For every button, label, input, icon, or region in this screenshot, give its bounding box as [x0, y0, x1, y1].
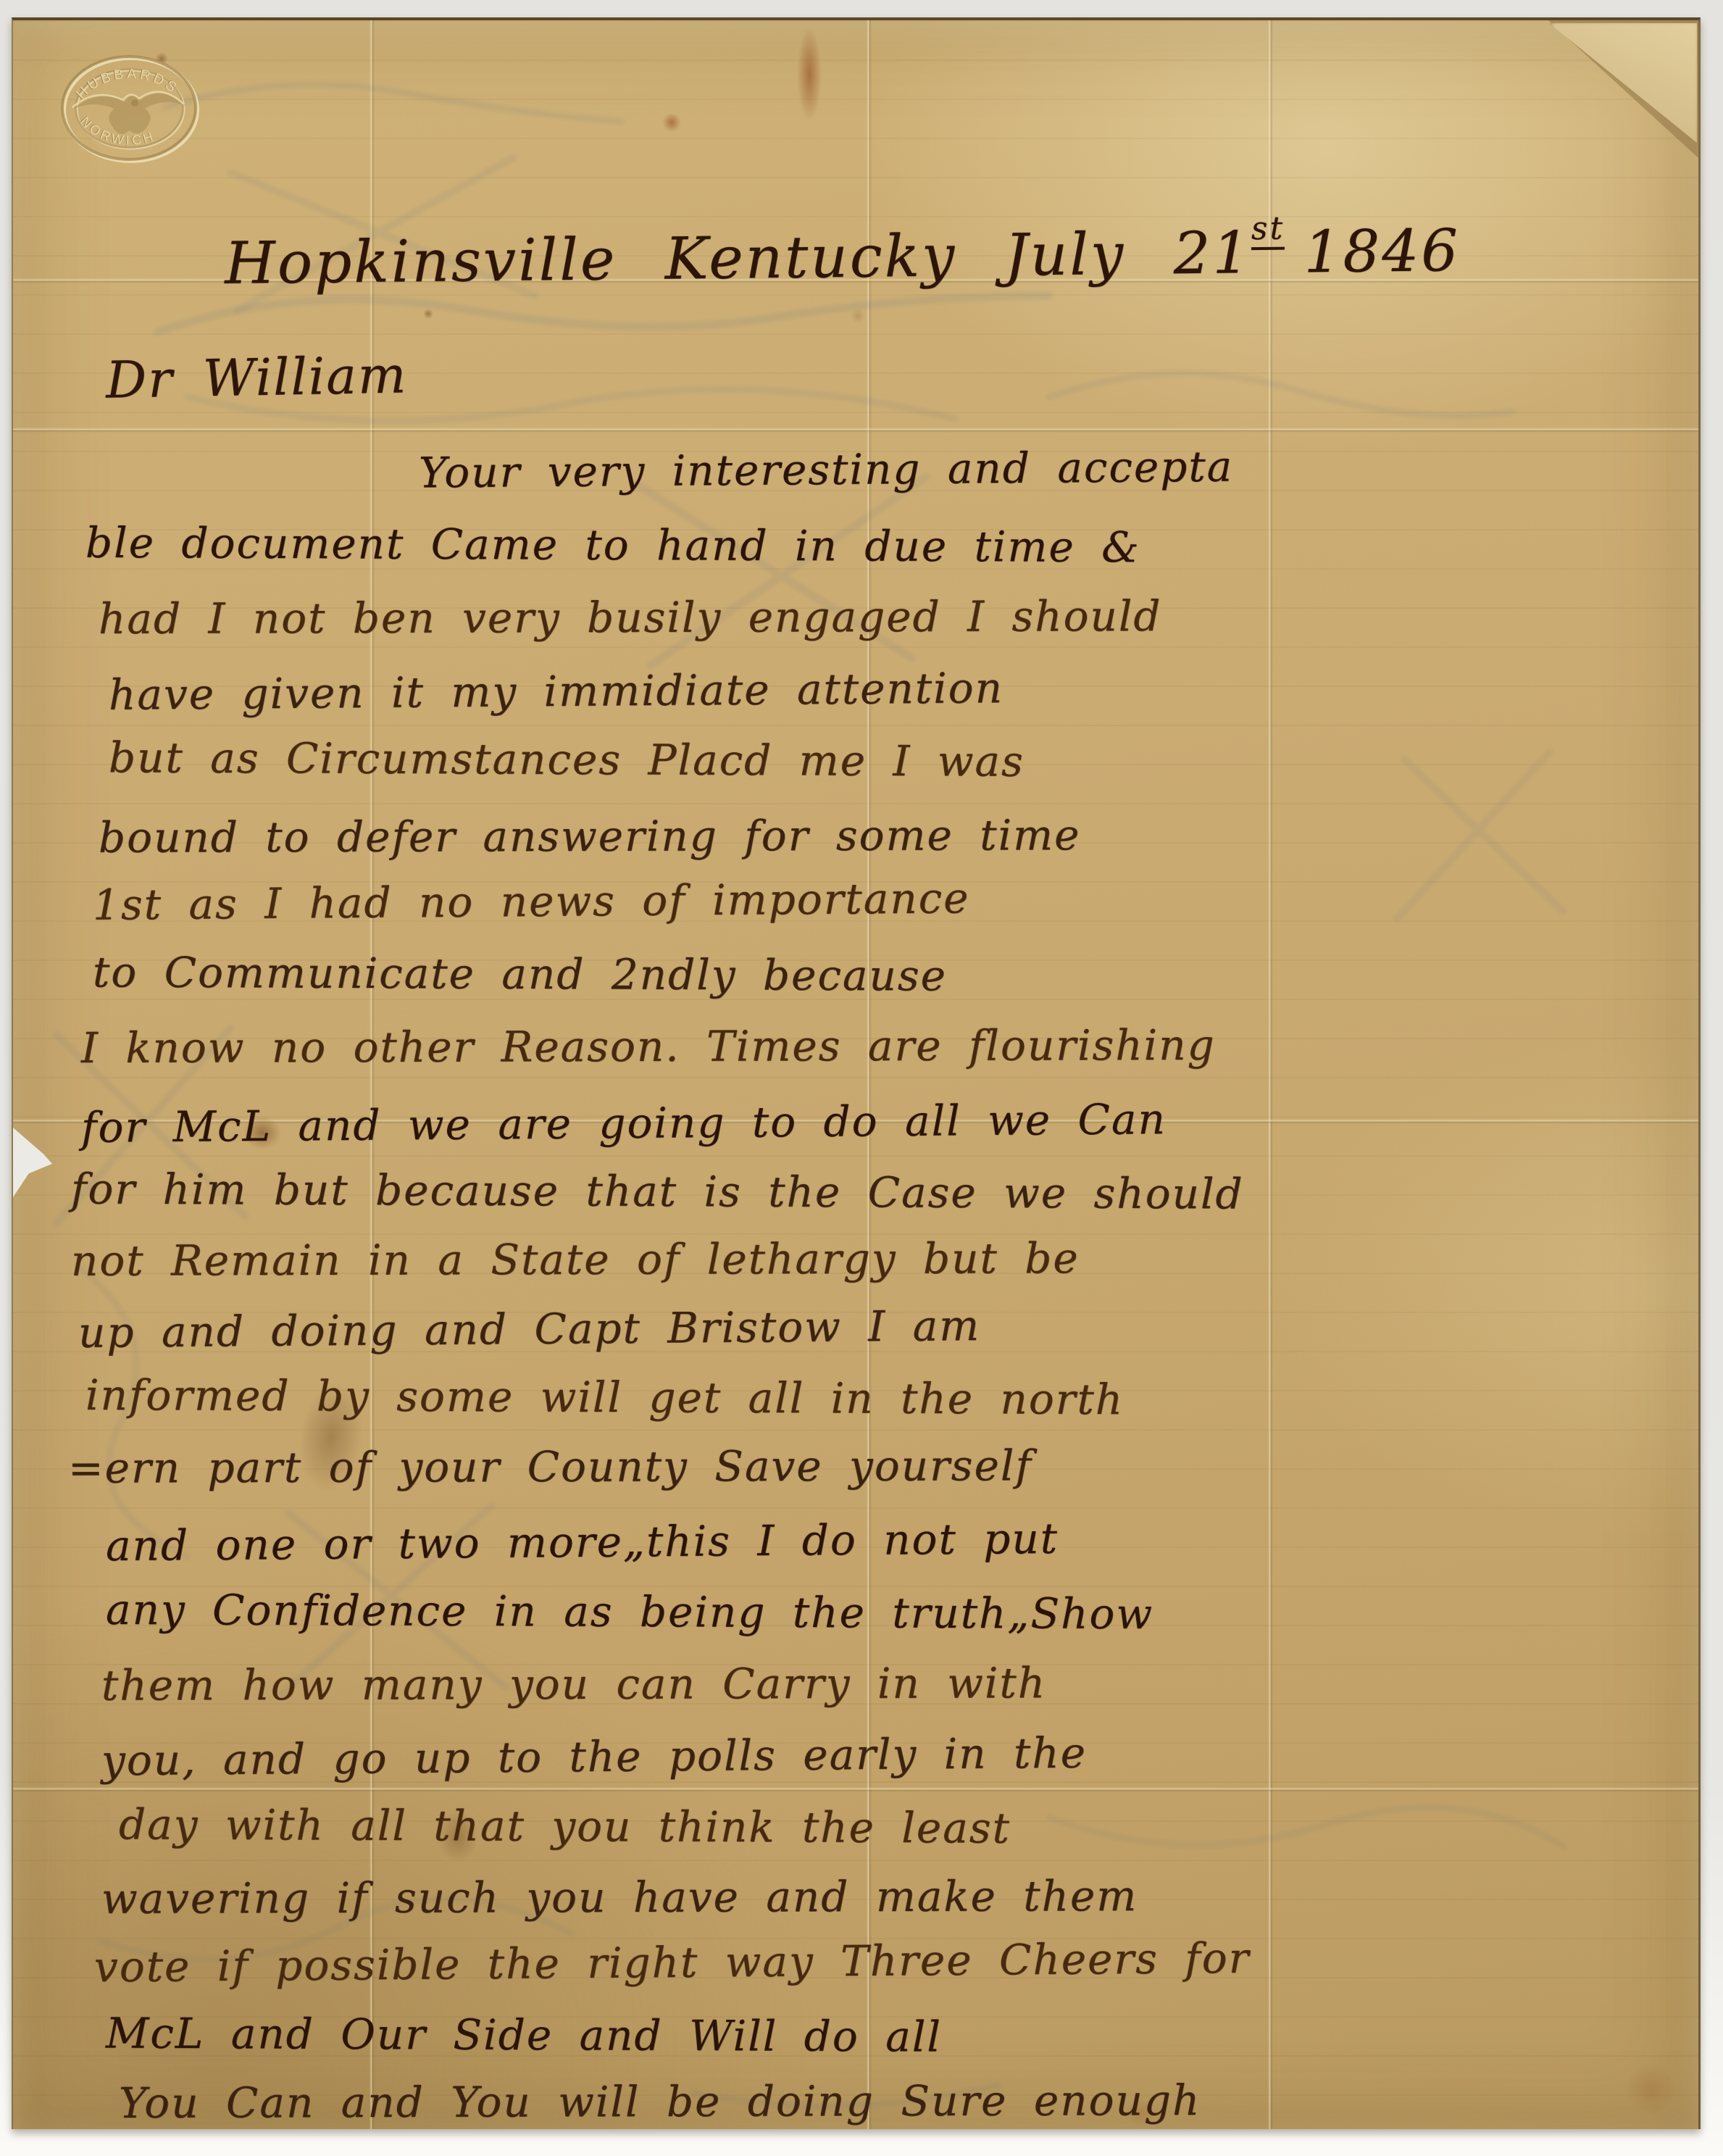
letter-line: them how many you can Carry in with: [101, 1658, 1046, 1710]
letter-line: informed by some will get all in the nor…: [85, 1370, 1124, 1424]
letter-line: wavering if such you have and make them: [101, 1871, 1138, 1923]
letter-line: have given it my immidiate attention: [109, 663, 1004, 720]
letter-line: you, and go up to the polls early in the: [101, 1728, 1087, 1786]
embosser-stamp: HUBBARDS HUBBARDS NORWICH NORWICH: [54, 46, 206, 171]
letter-line: =ern part of your County Save yourself: [68, 1441, 1032, 1492]
letter-line: for McL and we are going to do all we Ca…: [81, 1094, 1167, 1152]
letter-line: Your very interesting and accepta: [419, 442, 1234, 498]
letter-paper: HUBBARDS HUBBARDS NORWICH NORWICH Hopkin…: [12, 17, 1701, 2129]
letter-line: and one or two more„this I do not put: [106, 1514, 1059, 1570]
letter-line: day with all that you think the least: [119, 1799, 1011, 1852]
letter-line: 1st as I had no news of importance: [93, 873, 970, 930]
letter-line: bound to defer answering for some time: [99, 810, 1081, 862]
letter-line: vote if possible the right way Three Che…: [94, 1934, 1251, 1992]
letter-line: up and doing and Capt Bristow I am: [78, 1301, 981, 1357]
letter-line: not Remain in a State of lethargy but be: [71, 1233, 1080, 1286]
heading-date: July 21: [1004, 219, 1252, 289]
heading-place: Hopkinsville Kentucky: [225, 222, 957, 297]
letter-salutation: Dr William: [105, 345, 408, 409]
letter-line: to Communicate and 2ndly because: [93, 947, 947, 1000]
scanned-letter: HUBBARDS HUBBARDS NORWICH NORWICH Hopkin…: [0, 0, 1723, 2156]
heading-ordinal: st: [1251, 210, 1285, 250]
letter-line: had I not ben very busily engaged I shou…: [99, 591, 1162, 644]
letter-heading: Hopkinsville Kentucky July 21st1846: [224, 208, 1460, 297]
letter-line: McL and Our Side and Will do all: [106, 2008, 942, 2061]
letter-line: for him but because that is the Case we …: [71, 1164, 1244, 1218]
letter-line: but as Circumstances Placd me I was: [109, 733, 1025, 786]
letter-line: ble document Came to hand in due time &: [85, 518, 1140, 572]
letter-line: You Can and You will be doing Sure enoug…: [119, 2076, 1201, 2128]
letter-line: any Confidence in as being the truth„Sho…: [106, 1585, 1153, 1639]
heading-year: 1846: [1303, 217, 1461, 286]
letter-line: I know no other Reason. Times are flouri…: [81, 1020, 1216, 1073]
